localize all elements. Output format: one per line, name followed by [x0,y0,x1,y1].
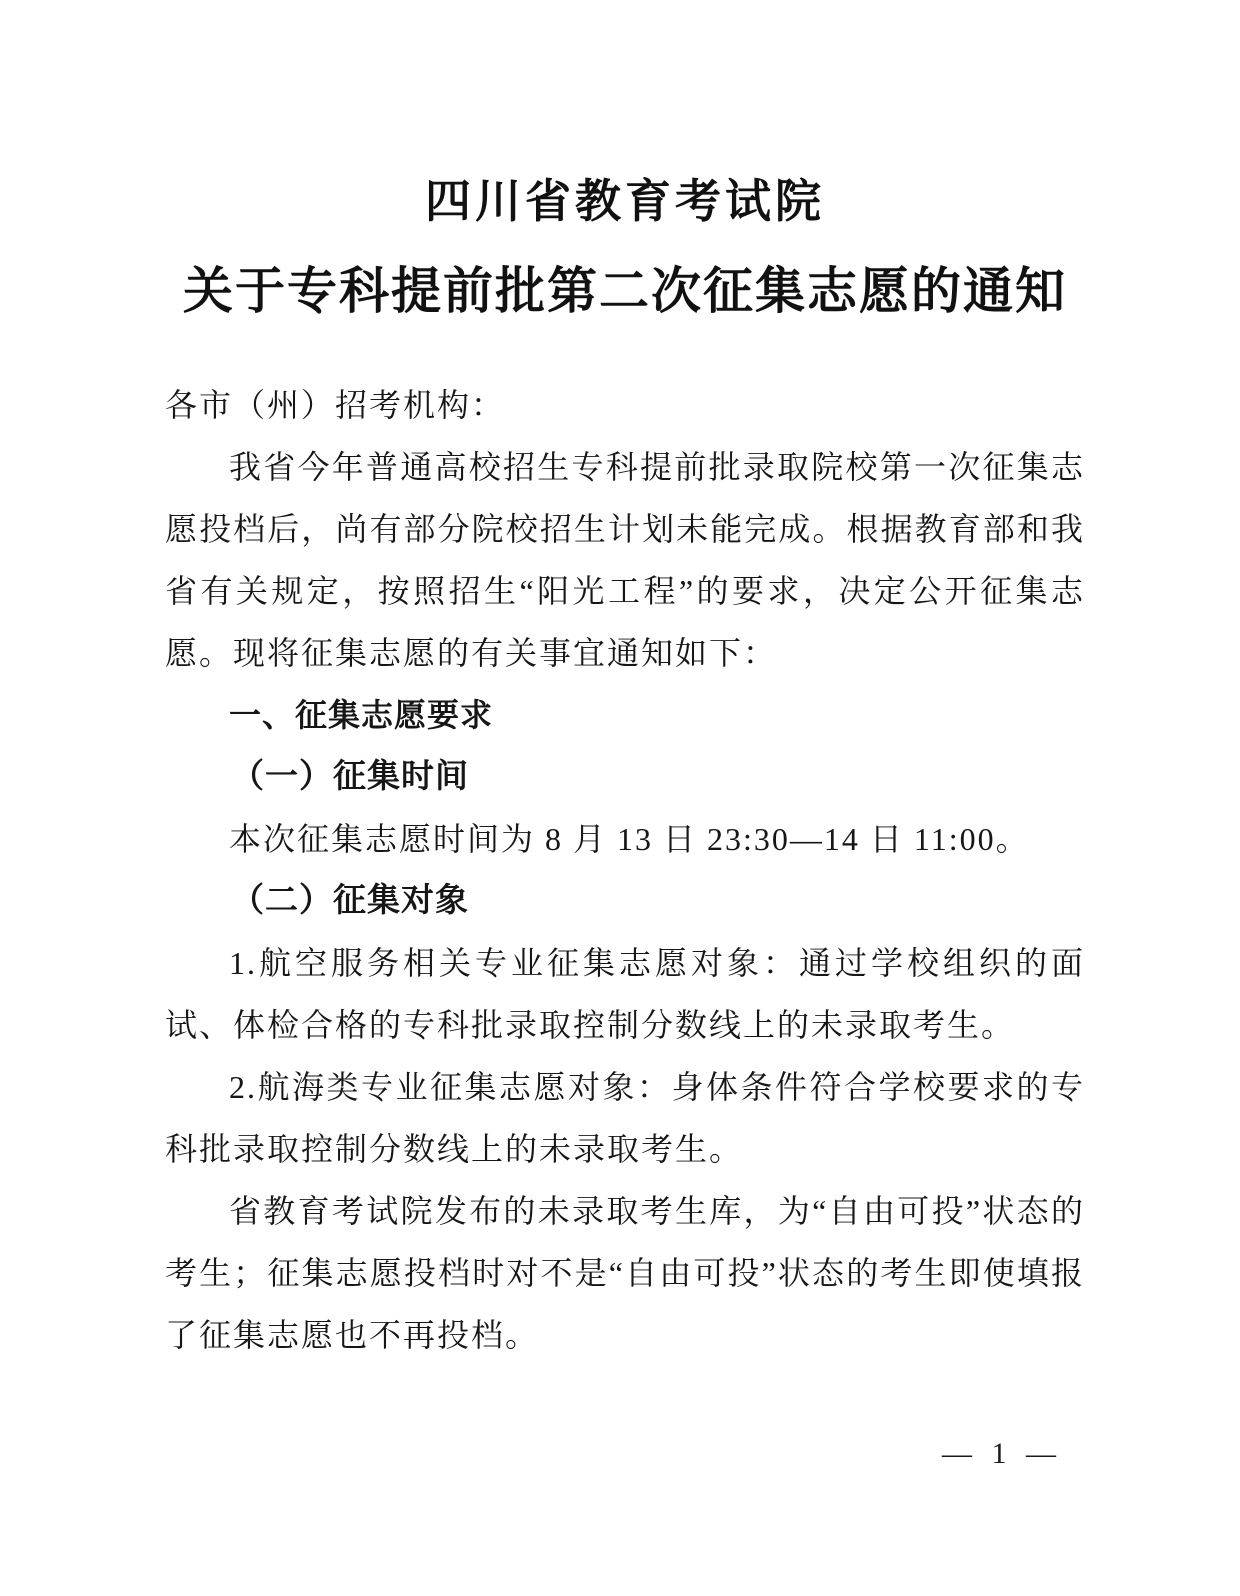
salutation-line: 各市（州）招考机构： [165,374,1085,436]
document-page: 四川省教育考试院 关于专科提前批第二次征集志愿的通知 各市（州）招考机构： 我省… [0,0,1240,1596]
collection-time-paragraph: 本次征集志愿时间为 8 月 13 日 23:30—14 日 11:00。 [165,808,1085,870]
free-to-submit-status-paragraph: 省教育考试院发布的未录取考生库，为“自由可投”状态的考生；征集志愿投档时对不是“… [165,1180,1085,1366]
document-title-line-2: 关于专科提前批第二次征集志愿的通知 [165,262,1085,320]
page-number: — 1 — [942,1437,1062,1471]
target-maritime-paragraph: 2.航海类专业征集志愿对象：身体条件符合学校要求的专科批录取控制分数线上的未录取… [165,1056,1085,1180]
subsection-heading-collection-targets: （二）征集对象 [165,870,1085,932]
document-body: 各市（州）招考机构： 我省今年普通高校招生专科提前批录取院校第一次征集志愿投档后… [165,374,1085,1366]
document-title-line-1: 四川省教育考试院 [165,176,1085,228]
target-aviation-paragraph: 1.航空服务相关专业征集志愿对象：通过学校组织的面试、体检合格的专科批录取控制分… [165,932,1085,1056]
section-heading-requirements: 一、征集志愿要求 [165,684,1085,746]
intro-paragraph: 我省今年普通高校招生专科提前批录取院校第一次征集志愿投档后，尚有部分院校招生计划… [165,436,1085,684]
subsection-heading-collection-time: （一）征集时间 [165,746,1085,808]
document-content: 四川省教育考试院 关于专科提前批第二次征集志愿的通知 各市（州）招考机构： 我省… [165,0,1085,1366]
